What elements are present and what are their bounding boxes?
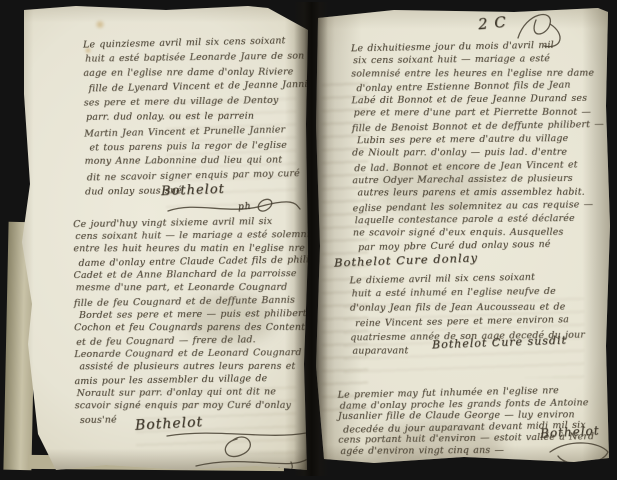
foxing-spot bbox=[94, 20, 106, 29]
handwritten-line: sous'né bbox=[80, 410, 331, 427]
manuscript-scan: Le quinziesme avril mil six cens soixant… bbox=[0, 0, 617, 480]
right-signature-flourish bbox=[546, 438, 612, 476]
paraph: ph bbox=[238, 202, 252, 213]
marriage-record: Le dixhuitiesme jour du mois d'avril mil… bbox=[351, 39, 605, 254]
baptism-record: Le quinziesme avril mil six cens soixant… bbox=[83, 34, 320, 200]
right-page: 2 C Le dixhuitiesme jour du mois d'avril… bbox=[314, 6, 612, 468]
marriage-record: Ce jourd'huy vingt sixieme avril mil six… bbox=[73, 215, 331, 427]
folio-mark: 2 C bbox=[477, 13, 507, 33]
handwritten-line: par moy pbre Curé dud onlay sous né bbox=[358, 237, 605, 255]
left-page: Le quinziesme avril mil six cens soixant… bbox=[16, 4, 308, 472]
